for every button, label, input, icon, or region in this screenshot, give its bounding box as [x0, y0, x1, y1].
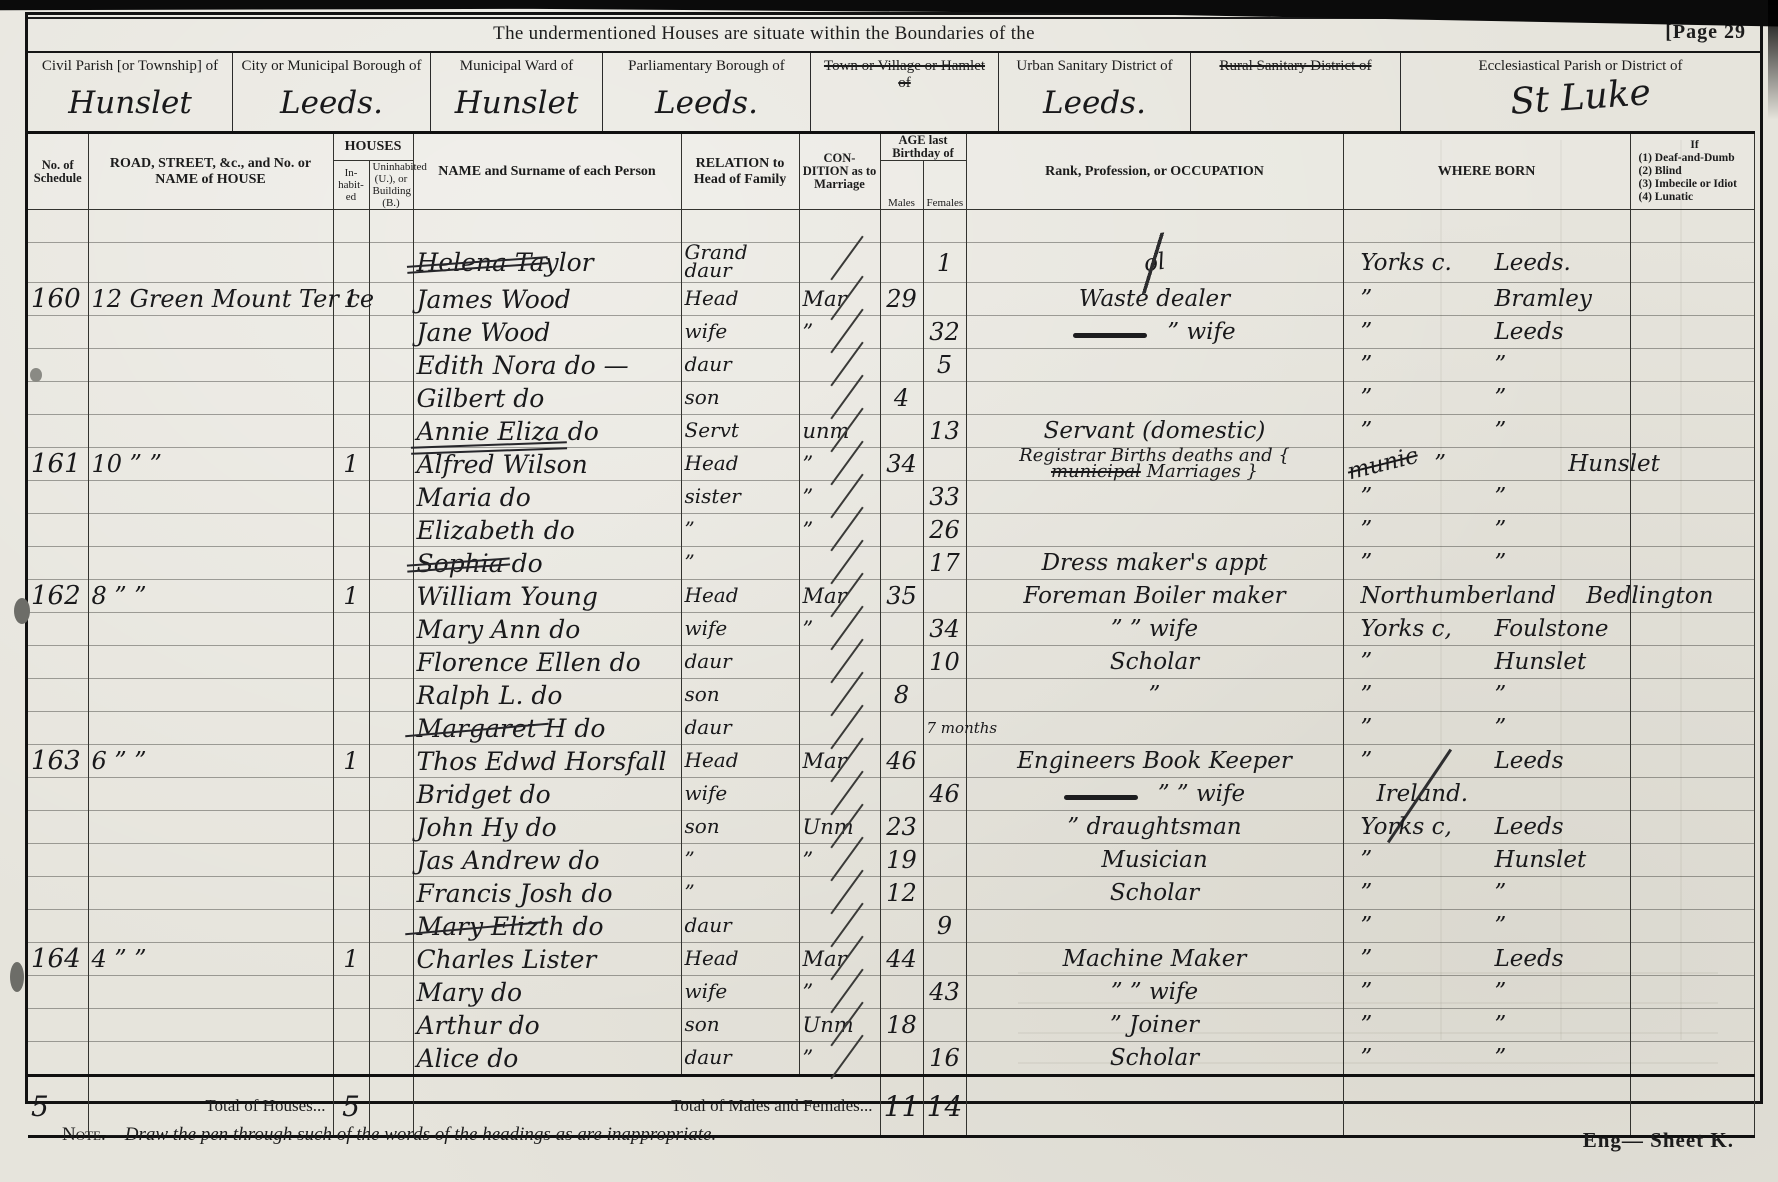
cell-uninhabited: [369, 481, 413, 514]
cell-schedule: [28, 415, 88, 448]
cell-occupation: Engineers Book Keeper: [966, 745, 1343, 778]
census-row: John Hy dosonUnm23” draughtsmanYorks c,L…: [28, 811, 1754, 844]
census-row: Florence Ellen dodaur10Scholar”Hunslet: [28, 646, 1754, 679]
disability-line: (4) Lunatic: [1639, 191, 1751, 204]
cell-where-born: ””: [1343, 481, 1630, 514]
cell-disability: [1630, 745, 1754, 778]
cell-condition: Mar: [799, 943, 880, 976]
cell-condition: ”: [799, 316, 880, 349]
cell-disability: [1630, 481, 1754, 514]
cell-condition: Unm: [799, 811, 880, 844]
location-label: Parliamentary Borough of: [603, 58, 810, 75]
cell-uninhabited: [369, 415, 413, 448]
cell-age-female: 46: [923, 778, 966, 811]
cell-inhabited: [333, 1042, 369, 1076]
cell-name: John Hy do: [413, 811, 681, 844]
cell-road: [88, 1042, 333, 1076]
scan-dark-edge-right: [1768, 0, 1778, 120]
cell-occupation: ” ” wife: [966, 976, 1343, 1009]
totals-mf-label: Total of Males and Females...: [417, 1096, 877, 1116]
cell-uninhabited: [369, 316, 413, 349]
cell-disability: [1630, 316, 1754, 349]
cell-uninhabited: [369, 613, 413, 646]
header-disability: If (1) Deaf-and-Dumb (2) Blind (3) Imbec…: [1630, 133, 1754, 210]
cell-where-born: [1343, 210, 1630, 243]
cell-inhabited: [333, 778, 369, 811]
cell-age-male: [880, 712, 923, 745]
cell-road: [88, 679, 333, 712]
cell-uninhabited: [369, 844, 413, 877]
cell-age-female: [923, 844, 966, 877]
header-age: AGE last Birthday of: [880, 133, 966, 161]
cell-occupation: Machine Maker: [966, 943, 1343, 976]
cell-age-female: [923, 943, 966, 976]
cell-inhabited: 1: [333, 745, 369, 778]
cell-disability: [1630, 613, 1754, 646]
cell-occupation: ” Joiner: [966, 1009, 1343, 1042]
cell-uninhabited: [369, 679, 413, 712]
cell-inhabited: [333, 613, 369, 646]
cell-inhabited: [333, 679, 369, 712]
cell-relation: daur: [681, 349, 799, 382]
cell-road: 4 ” ”: [88, 943, 333, 976]
cell-condition: [799, 910, 880, 943]
cell-relation: daur: [681, 1042, 799, 1076]
cell-inhabited: [333, 415, 369, 448]
cell-relation: Grand daur: [681, 243, 799, 283]
cell-schedule: [28, 316, 88, 349]
cell-name: Margaret H do: [413, 712, 681, 745]
cell-inhabited: [333, 646, 369, 679]
cell-age-male: 44: [880, 943, 923, 976]
cell-road: [88, 481, 333, 514]
document-title: The undermentioned Houses are situate wi…: [28, 23, 1500, 45]
cell-age-male: [880, 349, 923, 382]
cell-age-female: 7 months: [923, 712, 966, 745]
cell-disability: [1630, 349, 1754, 382]
cell-relation: wife: [681, 316, 799, 349]
location-label: Civil Parish [or Township] of: [28, 58, 232, 75]
cell-occupation: [966, 382, 1343, 415]
census-row: Helena TaylorGrand daur1olYorks c.Leeds.: [28, 243, 1754, 283]
census-row: Bridget dowife46” ” wifeIreland.: [28, 778, 1754, 811]
cell-road: [88, 349, 333, 382]
cell-disability: [1630, 646, 1754, 679]
cell-where-born: Yorks c,Leeds: [1343, 811, 1630, 844]
disability-line: (1) Deaf-and-Dumb: [1639, 152, 1751, 165]
cell-where-born: ”Leeds: [1343, 316, 1630, 349]
cell-schedule: [28, 1042, 88, 1076]
cell-where-born: ””: [1343, 976, 1630, 1009]
cell-condition: ”: [799, 481, 880, 514]
cell-where-born: munic”Hunslet: [1343, 448, 1630, 481]
cell-relation: son: [681, 679, 799, 712]
cell-age-male: 8: [880, 679, 923, 712]
cell-uninhabited: [369, 349, 413, 382]
cell-inhabited: [333, 547, 369, 580]
cell-relation: son: [681, 1009, 799, 1042]
cell-age-male: 35: [880, 580, 923, 613]
cell-road: 6 ” ”: [88, 745, 333, 778]
cell-disability: [1630, 415, 1754, 448]
cell-occupation: Musician: [966, 844, 1343, 877]
cell-road: 12 Green Mount Ter ce: [88, 283, 333, 316]
header-where-born: WHERE BORN: [1343, 133, 1630, 210]
census-row: 1636 ” ”1Thos Edwd HorsfallHeadMar46Engi…: [28, 745, 1754, 778]
cell-condition: [799, 210, 880, 243]
census-row: Jane Woodwife”32” wife”Leeds: [28, 316, 1754, 349]
cell-age-female: 33: [923, 481, 966, 514]
cell-condition: [799, 382, 880, 415]
cell-schedule: [28, 481, 88, 514]
cell-road: [88, 1009, 333, 1042]
totals-females-value: 14: [927, 1090, 963, 1123]
location-column: Parliamentary Borough ofLeeds.: [603, 53, 811, 131]
cell-age-female: [923, 877, 966, 910]
cell-age-female: 13: [923, 415, 966, 448]
cell-uninhabited: [369, 210, 413, 243]
census-row: Sophia do”17Dress maker's appt””: [28, 547, 1754, 580]
location-value: Leeds.: [233, 85, 430, 121]
cell-road: [88, 877, 333, 910]
cell-age-female: [923, 811, 966, 844]
cell-age-male: 12: [880, 877, 923, 910]
cell-schedule: [28, 1009, 88, 1042]
cell-uninhabited: [369, 910, 413, 943]
cell-uninhabited: [369, 976, 413, 1009]
cell-age-female: 1: [923, 243, 966, 283]
cell-name: Mary do: [413, 976, 681, 1009]
location-label: Town or Village or Hamlet of: [811, 58, 998, 92]
cell-inhabited: [333, 481, 369, 514]
cell-where-born: ””: [1343, 679, 1630, 712]
cell-schedule: [28, 910, 88, 943]
cell-schedule: [28, 547, 88, 580]
cell-road: 8 ” ”: [88, 580, 333, 613]
census-row: 16012 Green Mount Ter ce1James WoodHeadM…: [28, 283, 1754, 316]
disability-line: (2) Blind: [1639, 165, 1751, 178]
cell-name: Gilbert do: [413, 382, 681, 415]
cell-name: Elizabeth do: [413, 514, 681, 547]
census-row: Margaret H dodaur7 months””: [28, 712, 1754, 745]
cell-disability: [1630, 243, 1754, 283]
cell-where-born: Yorks c,Foulstone: [1343, 613, 1630, 646]
cell-where-born: ””: [1343, 910, 1630, 943]
cell-disability: [1630, 1042, 1754, 1076]
disability-line: (3) Imbecile or Idiot: [1639, 178, 1751, 191]
cell-disability: [1630, 910, 1754, 943]
cell-name: Florence Ellen do: [413, 646, 681, 679]
cell-relation: [681, 210, 799, 243]
cell-occupation: ” ” wife: [966, 778, 1343, 811]
table-header: No. of Schedule ROAD, STREET, &c., and N…: [28, 133, 1754, 210]
cell-inhabited: 1: [333, 580, 369, 613]
cell-name: Jane Wood: [413, 316, 681, 349]
census-row: 16110 ” ”1Alfred WilsonHead”34Registrar …: [28, 448, 1754, 481]
cell-age-female: 16: [923, 1042, 966, 1076]
cell-disability: [1630, 679, 1754, 712]
totals-houses-label: Total of Houses...: [92, 1096, 330, 1116]
census-row: Ralph L. doson8”””: [28, 679, 1754, 712]
cell-name: Mary Elizth do: [413, 910, 681, 943]
header-males: Males: [880, 161, 923, 210]
cell-occupation: [966, 712, 1343, 745]
cell-road: [88, 382, 333, 415]
census-row: 1644 ” ”1Charles ListerHeadMar44Machine …: [28, 943, 1754, 976]
cell-relation: Head: [681, 943, 799, 976]
cell-occupation: Dress maker's appt: [966, 547, 1343, 580]
disability-line: If: [1639, 139, 1751, 152]
totals-margin-value: 5: [31, 1090, 49, 1123]
cell-schedule: 164: [28, 943, 88, 976]
cell-age-male: [880, 613, 923, 646]
header-occupation: Rank, Profession, or OCCUPATION: [966, 133, 1343, 210]
census-row: Mary Ann dowife”34” ” wifeYorks c,Foulst…: [28, 613, 1754, 646]
cell-age-male: 29: [880, 283, 923, 316]
cell-age-male: 34: [880, 448, 923, 481]
header-females: Females: [923, 161, 966, 210]
cell-age-male: 18: [880, 1009, 923, 1042]
census-row: Gilbert doson4””: [28, 382, 1754, 415]
cell-inhabited: 1: [333, 448, 369, 481]
cell-where-born: ””: [1343, 382, 1630, 415]
cell-condition: ”: [799, 976, 880, 1009]
location-column: Civil Parish [or Township] ofHunslet: [28, 53, 233, 131]
cell-condition: [799, 646, 880, 679]
cell-inhabited: [333, 349, 369, 382]
cell-age-male: [880, 910, 923, 943]
cell-disability: [1630, 514, 1754, 547]
cell-age-female: [923, 210, 966, 243]
cell-where-born: ”Leeds: [1343, 745, 1630, 778]
cell-uninhabited: [369, 382, 413, 415]
totals-males-cell: 11: [880, 1076, 923, 1137]
cell-relation: Servt: [681, 415, 799, 448]
cell-relation: ”: [681, 877, 799, 910]
cell-where-born: ”Leeds: [1343, 943, 1630, 976]
cell-inhabited: [333, 316, 369, 349]
cell-condition: ”: [799, 448, 880, 481]
cell-schedule: [28, 514, 88, 547]
cell-disability: [1630, 877, 1754, 910]
location-column: City or Municipal Borough ofLeeds.: [233, 53, 431, 131]
census-row: Mary Elizth dodaur9””: [28, 910, 1754, 943]
cell-where-born: ””: [1343, 514, 1630, 547]
header-relation: RELATION to Head of Family: [681, 133, 799, 210]
cell-disability: [1630, 283, 1754, 316]
cell-where-born: ””: [1343, 1042, 1630, 1076]
cell-inhabited: [333, 514, 369, 547]
cell-road: [88, 547, 333, 580]
cell-condition: unm: [799, 415, 880, 448]
cell-occupation: ”: [966, 679, 1343, 712]
cell-schedule: 162: [28, 580, 88, 613]
cell-uninhabited: [369, 745, 413, 778]
location-column: Ecclesiastical Parish or District ofSt L…: [1401, 53, 1760, 131]
cell-uninhabited: [369, 547, 413, 580]
cell-occupation: ” wife: [966, 316, 1343, 349]
cell-age-male: [880, 210, 923, 243]
footer-note-text: Draw the pen through such of the words o…: [125, 1124, 716, 1145]
cell-road: [88, 976, 333, 1009]
ink-blot: [10, 962, 24, 992]
cell-name: Helena Taylor: [413, 243, 681, 283]
cell-age-male: 46: [880, 745, 923, 778]
header-schedule: No. of Schedule: [28, 133, 88, 210]
cell-age-female: 10: [923, 646, 966, 679]
cell-inhabited: [333, 382, 369, 415]
cell-relation: Head: [681, 745, 799, 778]
cell-age-female: 9: [923, 910, 966, 943]
cell-name: William Young: [413, 580, 681, 613]
cell-disability: [1630, 976, 1754, 1009]
cell-disability: [1630, 778, 1754, 811]
cell-where-born: ”Bramley: [1343, 283, 1630, 316]
cell-relation: son: [681, 811, 799, 844]
cell-age-female: 26: [923, 514, 966, 547]
cell-age-male: 23: [880, 811, 923, 844]
cell-occupation: Foreman Boiler maker: [966, 580, 1343, 613]
cell-road: [88, 514, 333, 547]
cell-condition: [799, 349, 880, 382]
header-road: ROAD, STREET, &c., and No. or NAME of HO…: [88, 133, 333, 210]
cell-road: [88, 910, 333, 943]
cell-occupation: [966, 910, 1343, 943]
cell-where-born: ””: [1343, 877, 1630, 910]
census-page: { "page": { "title": "The undermentioned…: [0, 0, 1778, 1182]
cell-road: [88, 316, 333, 349]
totals-males-value: 11: [884, 1090, 920, 1123]
cell-where-born: NorthumberlandBedlington: [1343, 580, 1630, 613]
location-label: City or Municipal Borough of: [233, 58, 430, 75]
cell-age-male: [880, 514, 923, 547]
cell-uninhabited: [369, 514, 413, 547]
cell-relation: wife: [681, 976, 799, 1009]
cell-condition: ”: [799, 514, 880, 547]
header-name: NAME and Surname of each Person: [413, 133, 681, 210]
census-row: 1628 ” ”1William YoungHeadMar35Foreman B…: [28, 580, 1754, 613]
cell-name: Ralph L. do: [413, 679, 681, 712]
cell-road: [88, 646, 333, 679]
location-label: Rural Sanitary District of: [1191, 58, 1400, 75]
cell-age-female: 5: [923, 349, 966, 382]
census-row: Maria dosister”33””: [28, 481, 1754, 514]
cell-relation: daur: [681, 646, 799, 679]
cell-name: Charles Lister: [413, 943, 681, 976]
cell-occupation: Scholar: [966, 646, 1343, 679]
cell-schedule: [28, 243, 88, 283]
cell-where-born: ””: [1343, 415, 1630, 448]
ink-blot: [14, 598, 30, 624]
cell-name: Sophia do: [413, 547, 681, 580]
cell-where-born: ””: [1343, 712, 1630, 745]
cell-age-female: 32: [923, 316, 966, 349]
cell-name: Maria do: [413, 481, 681, 514]
cell-where-born: ””: [1343, 1009, 1630, 1042]
cell-condition: [799, 679, 880, 712]
cell-age-male: [880, 415, 923, 448]
cell-name: Thos Edwd Horsfall: [413, 745, 681, 778]
header-uninhabited: Uninhabited (U.), or Building (B.): [369, 161, 413, 210]
cell-condition: Mar: [799, 580, 880, 613]
cell-relation: wife: [681, 613, 799, 646]
cell-schedule: [28, 382, 88, 415]
cell-age-male: [880, 547, 923, 580]
cell-name: Bridget do: [413, 778, 681, 811]
cell-occupation: ol: [966, 243, 1343, 283]
cell-age-male: 4: [880, 382, 923, 415]
cell-age-female: [923, 283, 966, 316]
cell-where-born: ”Hunslet: [1343, 646, 1630, 679]
cell-inhabited: [333, 844, 369, 877]
cell-name: James Wood: [413, 283, 681, 316]
cell-name: Edith Nora do —: [413, 349, 681, 382]
cell-occupation: Scholar: [966, 1042, 1343, 1076]
cell-schedule: [28, 844, 88, 877]
cell-occupation: Servant (domestic): [966, 415, 1343, 448]
cell-road: 10 ” ”: [88, 448, 333, 481]
cell-occupation: Waste dealer: [966, 283, 1343, 316]
cell-name: Jas Andrew do: [413, 844, 681, 877]
cell-uninhabited: [369, 1009, 413, 1042]
cell-condition: [799, 243, 880, 283]
cell-relation: daur: [681, 910, 799, 943]
location-column: Town or Village or Hamlet of: [811, 53, 999, 131]
census-row: Mary dowife”43” ” wife””: [28, 976, 1754, 1009]
cell-age-male: [880, 778, 923, 811]
census-row: Edith Nora do —daur5””: [28, 349, 1754, 382]
totals-houses-value: 5: [342, 1090, 360, 1123]
cell-age-male: [880, 646, 923, 679]
cell-name: Annie Eliza do: [413, 415, 681, 448]
cell-disability: [1630, 844, 1754, 877]
census-row: Francis Josh do”12Scholar””: [28, 877, 1754, 910]
cell-inhabited: 1: [333, 943, 369, 976]
cell-condition: ”: [799, 1042, 880, 1076]
census-row: Jas Andrew do””19Musician”Hunslet: [28, 844, 1754, 877]
cell-occupation: [966, 349, 1343, 382]
cell-uninhabited: [369, 943, 413, 976]
cell-disability: [1630, 382, 1754, 415]
cell-relation: son: [681, 382, 799, 415]
cell-name: [413, 210, 681, 243]
cell-inhabited: [333, 712, 369, 745]
cell-inhabited: [333, 1009, 369, 1042]
cell-occupation: [966, 514, 1343, 547]
cell-relation: ”: [681, 514, 799, 547]
cell-schedule: [28, 811, 88, 844]
cell-relation: daur: [681, 712, 799, 745]
cell-occupation: Registrar Births deaths and {municipal M…: [966, 448, 1343, 481]
sheet-label: Eng— Sheet K.: [1583, 1128, 1734, 1153]
cell-condition: [799, 877, 880, 910]
cell-inhabited: [333, 877, 369, 910]
cell-age-female: [923, 448, 966, 481]
cell-name: Francis Josh do: [413, 877, 681, 910]
cell-age-female: 34: [923, 613, 966, 646]
cell-schedule: [28, 613, 88, 646]
cell-occupation: Scholar: [966, 877, 1343, 910]
cell-road: [88, 811, 333, 844]
cell-inhabited: [333, 243, 369, 283]
cell-relation: Head: [681, 448, 799, 481]
cell-condition: ”: [799, 613, 880, 646]
cell-road: [88, 613, 333, 646]
cell-age-female: 43: [923, 976, 966, 1009]
location-column: Rural Sanitary District of: [1191, 53, 1401, 131]
cell-where-born: ”Hunslet: [1343, 844, 1630, 877]
cell-road: [88, 415, 333, 448]
